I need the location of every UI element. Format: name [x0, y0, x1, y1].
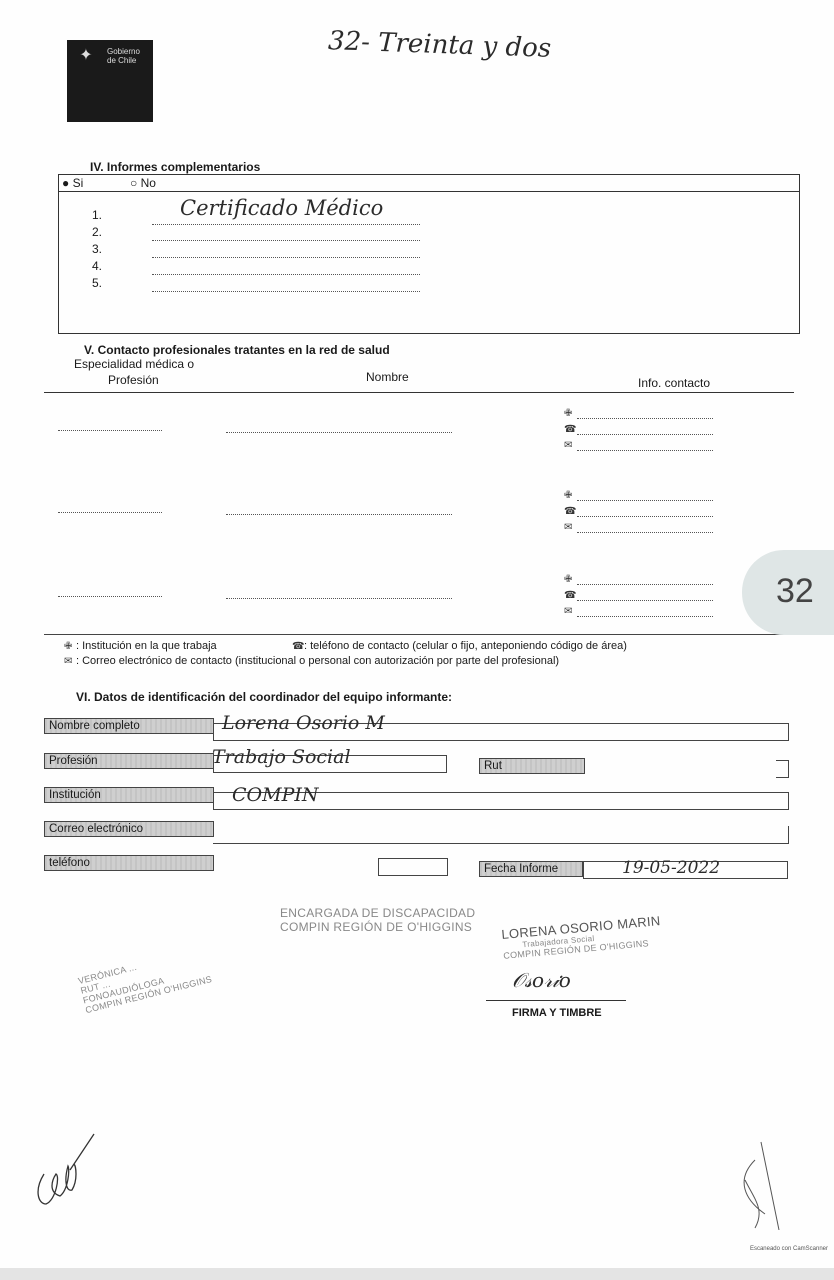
stamp-lorena: LORENA OSORIO MARIN Trabajadora Social C… — [501, 913, 663, 961]
institucion-value: COMPIN — [232, 784, 318, 806]
envelope-icon: ✉ — [564, 440, 572, 451]
envelope-icon: ✉ — [64, 656, 76, 667]
radio-unselected-icon: ○ — [130, 176, 137, 190]
nombre-field[interactable] — [226, 432, 452, 433]
col-especialidad: Especialidad médica o — [74, 357, 194, 371]
institution-icon: ✙ — [64, 641, 76, 652]
phone-icon: ☎ — [292, 641, 304, 652]
option-no[interactable]: ○ No — [130, 176, 156, 190]
col-contacto: Info. contacto — [638, 376, 710, 390]
stamp-encargada: ENCARGADA DE DISCAPACIDAD COMPIN REGIÓN … — [280, 906, 475, 934]
especialidad-field[interactable] — [58, 596, 162, 597]
camscanner-footer: Escaneado con CamScanner — [750, 1246, 828, 1252]
profesion-label: Profesión — [44, 753, 214, 769]
legend-telefono: ☎: teléfono de contacto (celular o fijo,… — [292, 640, 627, 652]
item-number: 2. — [92, 225, 102, 239]
telefono-contact-field[interactable] — [577, 600, 713, 601]
col-nombre: Nombre — [366, 370, 409, 384]
option-si[interactable]: ● Si — [62, 176, 83, 190]
institucion-label: Institución — [44, 787, 214, 803]
chile-coat-of-arms-icon: ✦ — [75, 46, 97, 66]
col-profesion: Profesión — [108, 373, 159, 387]
especialidad-field[interactable] — [58, 430, 162, 431]
institution-icon: ✙ — [564, 490, 572, 501]
page-number-badge: 32 — [742, 550, 834, 635]
envelope-icon: ✉ — [564, 606, 572, 617]
nombre-label: Nombre completo — [44, 718, 214, 734]
section-vi-title: VI. Datos de identificación del coordina… — [76, 690, 452, 704]
logo-text-line2: de Chile — [107, 56, 140, 65]
telefono-contact-field[interactable] — [577, 516, 713, 517]
envelope-icon: ✉ — [564, 522, 572, 533]
institucion-contact-field[interactable] — [577, 500, 713, 501]
nombre-field[interactable] — [226, 514, 452, 515]
radio-selected-icon: ● — [62, 176, 69, 190]
rut-field[interactable] — [776, 760, 789, 778]
fecha-value: 19-05-2022 — [622, 858, 720, 878]
institucion-contact-field[interactable] — [577, 418, 713, 419]
signature-right — [725, 1140, 795, 1230]
item-1-value: Certificado Médico — [180, 196, 383, 220]
telefono-label: teléfono — [44, 855, 214, 871]
item-number: 3. — [92, 242, 102, 256]
nombre-field[interactable] — [226, 598, 452, 599]
nombre-value: Lorena Osorio M — [222, 712, 385, 734]
handwritten-page-title: 32- Treinta y dos — [328, 26, 552, 64]
profesion-value: Trabajo Social — [212, 746, 351, 768]
scanned-page: ✦ Gobierno de Chile 32- Treinta y dos IV… — [0, 0, 834, 1268]
telefono-field[interactable] — [378, 858, 448, 876]
telefono-contact-field[interactable] — [577, 434, 713, 435]
correo-label: Correo electrónico — [44, 821, 214, 837]
correo-contact-field[interactable] — [577, 532, 713, 533]
section-iv-title: IV. Informes complementarios — [90, 160, 260, 174]
gobierno-de-chile-logo: ✦ Gobierno de Chile — [67, 40, 153, 122]
item-number: 4. — [92, 259, 102, 273]
especialidad-field[interactable] — [58, 512, 162, 513]
phone-icon: ☎ — [564, 506, 576, 517]
institution-icon: ✙ — [564, 574, 572, 585]
legend-correo: ✉: Correo electrónico de contacto (insti… — [64, 655, 559, 667]
institution-icon: ✙ — [564, 408, 572, 419]
logo-text-line1: Gobierno — [107, 47, 140, 56]
section-v-title: V. Contacto profesionales tratantes en l… — [84, 343, 390, 357]
fecha-label: Fecha Informe — [479, 861, 583, 877]
phone-icon: ☎ — [564, 590, 576, 601]
stamp-fonoaudiologa: VERÓNICA ... RUT ... FONOAUDIÓLOGA COMPI… — [77, 945, 213, 1015]
phone-icon: ☎ — [564, 424, 576, 435]
legend-institucion: ✙: Institución en la que trabaja — [64, 640, 217, 652]
institucion-contact-field[interactable] — [577, 584, 713, 585]
signature-lorena: 𝒪𝓈𝑜𝓇𝒾𝑜 — [512, 968, 571, 992]
firma-y-timbre-label: FIRMA Y TIMBRE — [512, 1007, 602, 1019]
signature-left — [30, 1130, 110, 1210]
section-iv-box — [58, 174, 800, 334]
correo-field[interactable] — [213, 826, 789, 844]
item-number: 1. — [92, 208, 102, 222]
correo-contact-field[interactable] — [577, 616, 713, 617]
rut-label: Rut — [479, 758, 585, 774]
item-number: 5. — [92, 276, 102, 290]
correo-contact-field[interactable] — [577, 450, 713, 451]
